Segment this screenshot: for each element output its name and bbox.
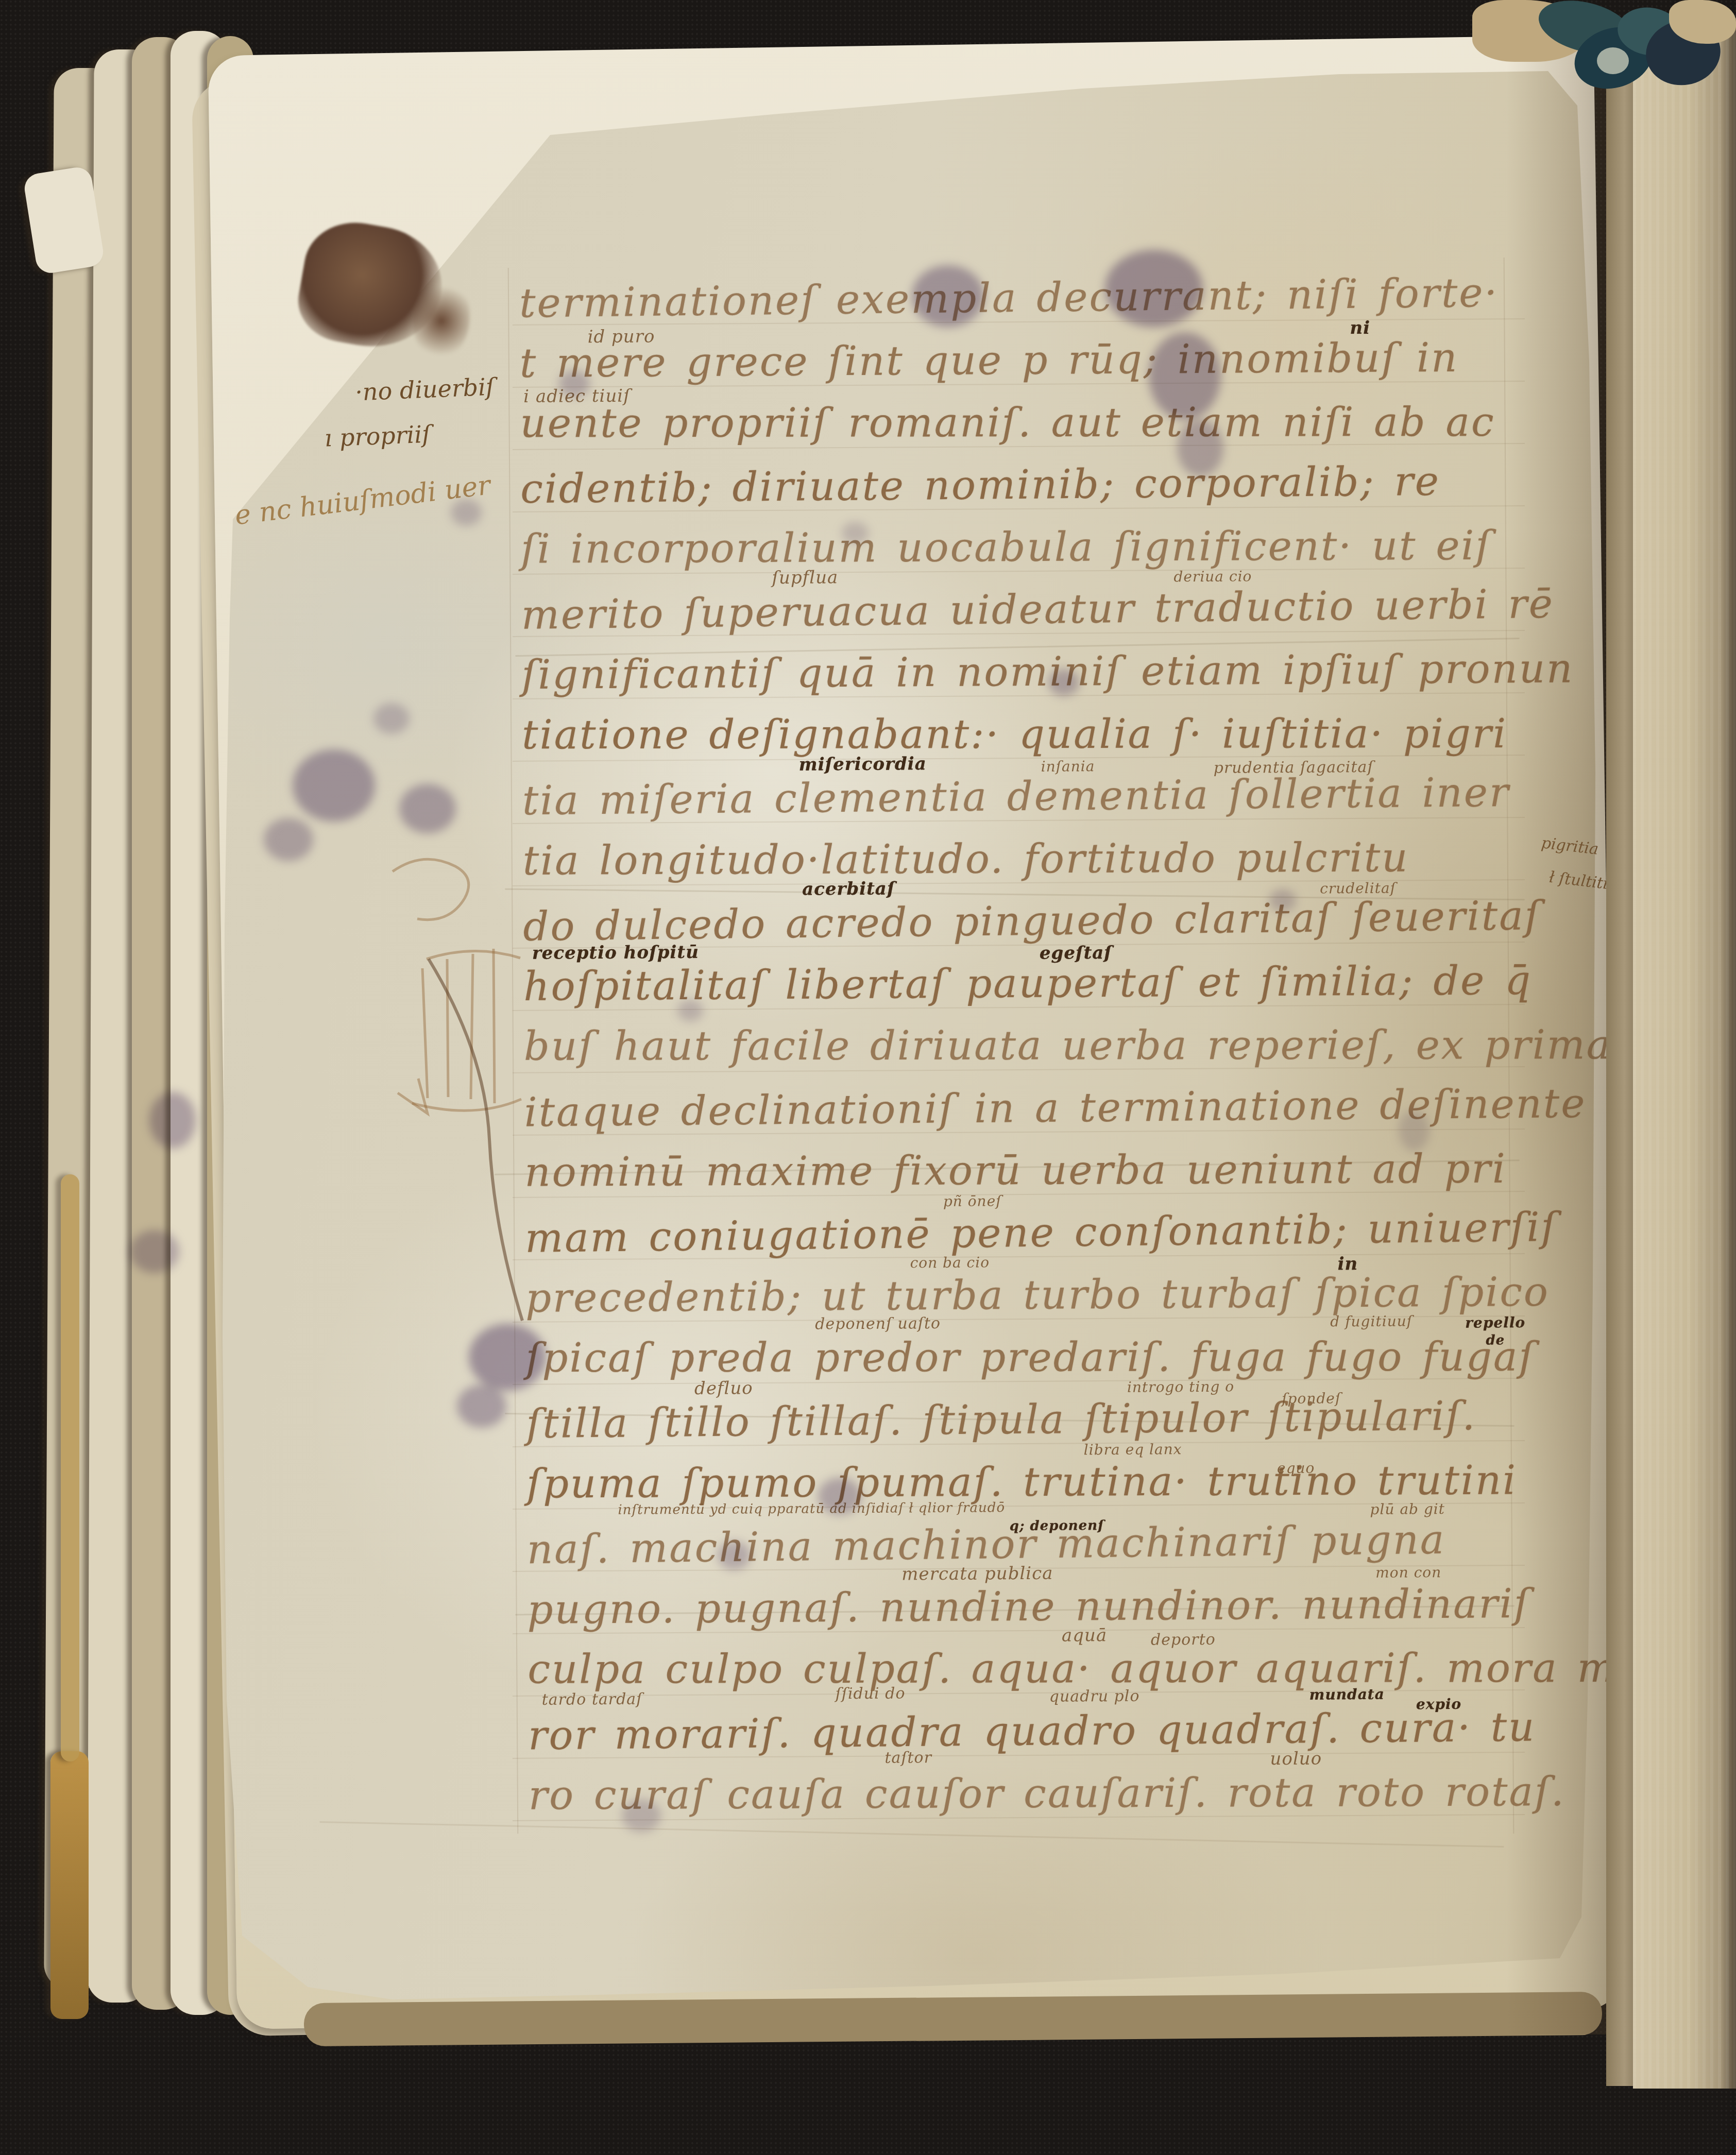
text-line: t mere grece ſint que p rūq; innomibuſ i… — [520, 335, 1459, 387]
text-line: ſpuma ſpumo ſpumaſ. trutina· trutino tru… — [526, 1458, 1517, 1508]
interlinear-gloss: ſſidui do — [836, 1684, 906, 1703]
interlinear-gloss: deporto — [1151, 1631, 1216, 1649]
text-line: uente propriiſ romaniſ. aut etiam niſi a… — [520, 399, 1495, 447]
purple-stain — [264, 818, 313, 861]
purple-stain — [1399, 1110, 1429, 1151]
text-line: ſignificantiſ quā in nominiſ etiam ipſiu… — [521, 645, 1574, 698]
text-line: tia longitudo·latitudo. fortitudo pulcri… — [523, 835, 1409, 884]
interlinear-gloss: mundata — [1309, 1686, 1385, 1703]
text-line: cidentib; diriuate nominib; corporalib; … — [520, 458, 1440, 512]
interlinear-gloss: acerbitaſ — [802, 879, 895, 900]
interlinear-gloss: introgo ting o — [1127, 1378, 1234, 1396]
purple-stain — [469, 1324, 546, 1391]
purple-stain — [451, 499, 482, 526]
text-line: ro curaſ cauſa cauſor cauſariſ. rota rot… — [529, 1769, 1565, 1819]
text-line: do dulcedo acredo pinguedo claritaſ ſeue… — [523, 893, 1541, 950]
interlinear-gloss: con ba cio — [910, 1254, 990, 1271]
purple-stain — [818, 1478, 861, 1515]
text-block: terminationeſ exempla decurrant; niſi fo… — [0, 0, 1736, 2155]
facing-page-edge — [1633, 18, 1736, 2089]
interlinear-gloss: inſtrumentū yd cuiq pparatū ad inſidiaſ … — [618, 1500, 1005, 1518]
text-line: ſpicaſ preda predor predariſ. fuga fugo … — [526, 1334, 1536, 1381]
interlinear-gloss: pñ ōneſ — [943, 1192, 1002, 1210]
thread-highlight — [1597, 47, 1629, 74]
purple-stain — [457, 1384, 506, 1428]
purple-stain — [559, 370, 590, 397]
interlinear-gloss: taſtor — [884, 1749, 932, 1767]
purple-stain — [149, 1092, 196, 1149]
interlinear-gloss: deponenſ uaſto — [815, 1314, 941, 1333]
purple-stain — [399, 784, 456, 833]
interlinear-gloss: inſania — [1041, 758, 1095, 775]
purple-stain — [1149, 332, 1221, 420]
interlinear-gloss: q; deponenſ — [1010, 1518, 1104, 1534]
margin-note-left-3: e nc huiuſmodi uer — [233, 470, 492, 531]
text-line: culpa culpo culpaſ. aqua· aquor aquariſ.… — [527, 1645, 1642, 1693]
text-line: mam coniugationē pene conſonantib; uniue… — [525, 1204, 1558, 1262]
interlinear-gloss: ſupflua — [772, 567, 838, 588]
interlinear-gloss: ni — [1350, 318, 1370, 338]
purple-stain — [1048, 669, 1079, 696]
purple-stain — [677, 1000, 703, 1021]
manuscript-photo: terminationeſ exempla decurrant; niſi fo… — [0, 0, 1736, 2155]
text-line: buſ haut facile diriuata uerba reperieſ,… — [524, 1022, 1612, 1070]
purple-stain — [1105, 250, 1203, 327]
interlinear-gloss: d fugitiuuſ — [1330, 1312, 1412, 1330]
purple-stain — [1177, 420, 1223, 476]
interlinear-gloss: uoluo — [1270, 1748, 1322, 1769]
purple-stain — [130, 1230, 179, 1273]
text-line: tia miſeria clementia dementia ſollertia… — [522, 769, 1510, 824]
text-line: tiatione deſignabant:· qualia ſ· iuſtiti… — [522, 711, 1507, 758]
purple-stain — [842, 522, 869, 544]
interlinear-gloss: in — [1337, 1254, 1358, 1274]
interlinear-gloss: id puro — [587, 326, 655, 347]
purple-stain — [912, 265, 984, 327]
text-line: hoſpitalitaſ libertaſ paupertaſ et ſimil… — [523, 957, 1532, 1010]
text-line: pugno. pugnaſ. nundine nundinor. nundina… — [527, 1581, 1530, 1633]
interlinear-gloss: ſpondeſ — [1282, 1390, 1341, 1407]
purple-stain — [622, 1799, 661, 1832]
text-line: merito ſuperuacua uideatur traductio uer… — [521, 581, 1554, 639]
interlinear-gloss: crudelitaſ — [1320, 880, 1396, 897]
interlinear-gloss: quadru plo — [1049, 1687, 1140, 1706]
interlinear-gloss: de — [1486, 1332, 1505, 1348]
text-line: ſi incorporalium uocabula ſignificent· u… — [521, 523, 1492, 573]
purple-stain — [718, 1541, 751, 1570]
interlinear-gloss: libra eq lanx — [1084, 1441, 1182, 1458]
interlinear-gloss: defluo — [694, 1378, 753, 1399]
interlinear-gloss: miſericordia — [799, 754, 927, 775]
interlinear-gloss: prudentia ſagacitaſ — [1214, 758, 1374, 777]
interlinear-gloss: equo — [1277, 1460, 1315, 1477]
purple-stain — [1269, 889, 1296, 912]
interlinear-gloss: receptio hoſpitū — [532, 942, 699, 964]
interlinear-gloss: expio — [1416, 1696, 1462, 1713]
interlinear-gloss: mon con — [1375, 1564, 1441, 1581]
purple-stain — [293, 749, 375, 822]
text-line: nominū maxime fixorū uerba ueniunt ad pr… — [524, 1146, 1507, 1196]
text-line: ror morariſ. quadra quadro quadraſ. cura… — [528, 1704, 1536, 1759]
interlinear-gloss: plū ab git — [1370, 1500, 1445, 1518]
margin-note-left-2: ı propriiſ — [324, 420, 431, 452]
interlinear-gloss: mercata publica — [901, 1563, 1053, 1585]
interlinear-gloss: tardo tardaſ — [542, 1690, 643, 1709]
interlinear-gloss: egeſtaſ — [1040, 943, 1112, 964]
interlinear-gloss: deriua cio — [1173, 568, 1252, 585]
purple-stain — [373, 703, 410, 734]
margin-note-left-1: ·no diuerbiſ — [354, 373, 495, 406]
interlinear-gloss: aquā — [1062, 1625, 1107, 1646]
